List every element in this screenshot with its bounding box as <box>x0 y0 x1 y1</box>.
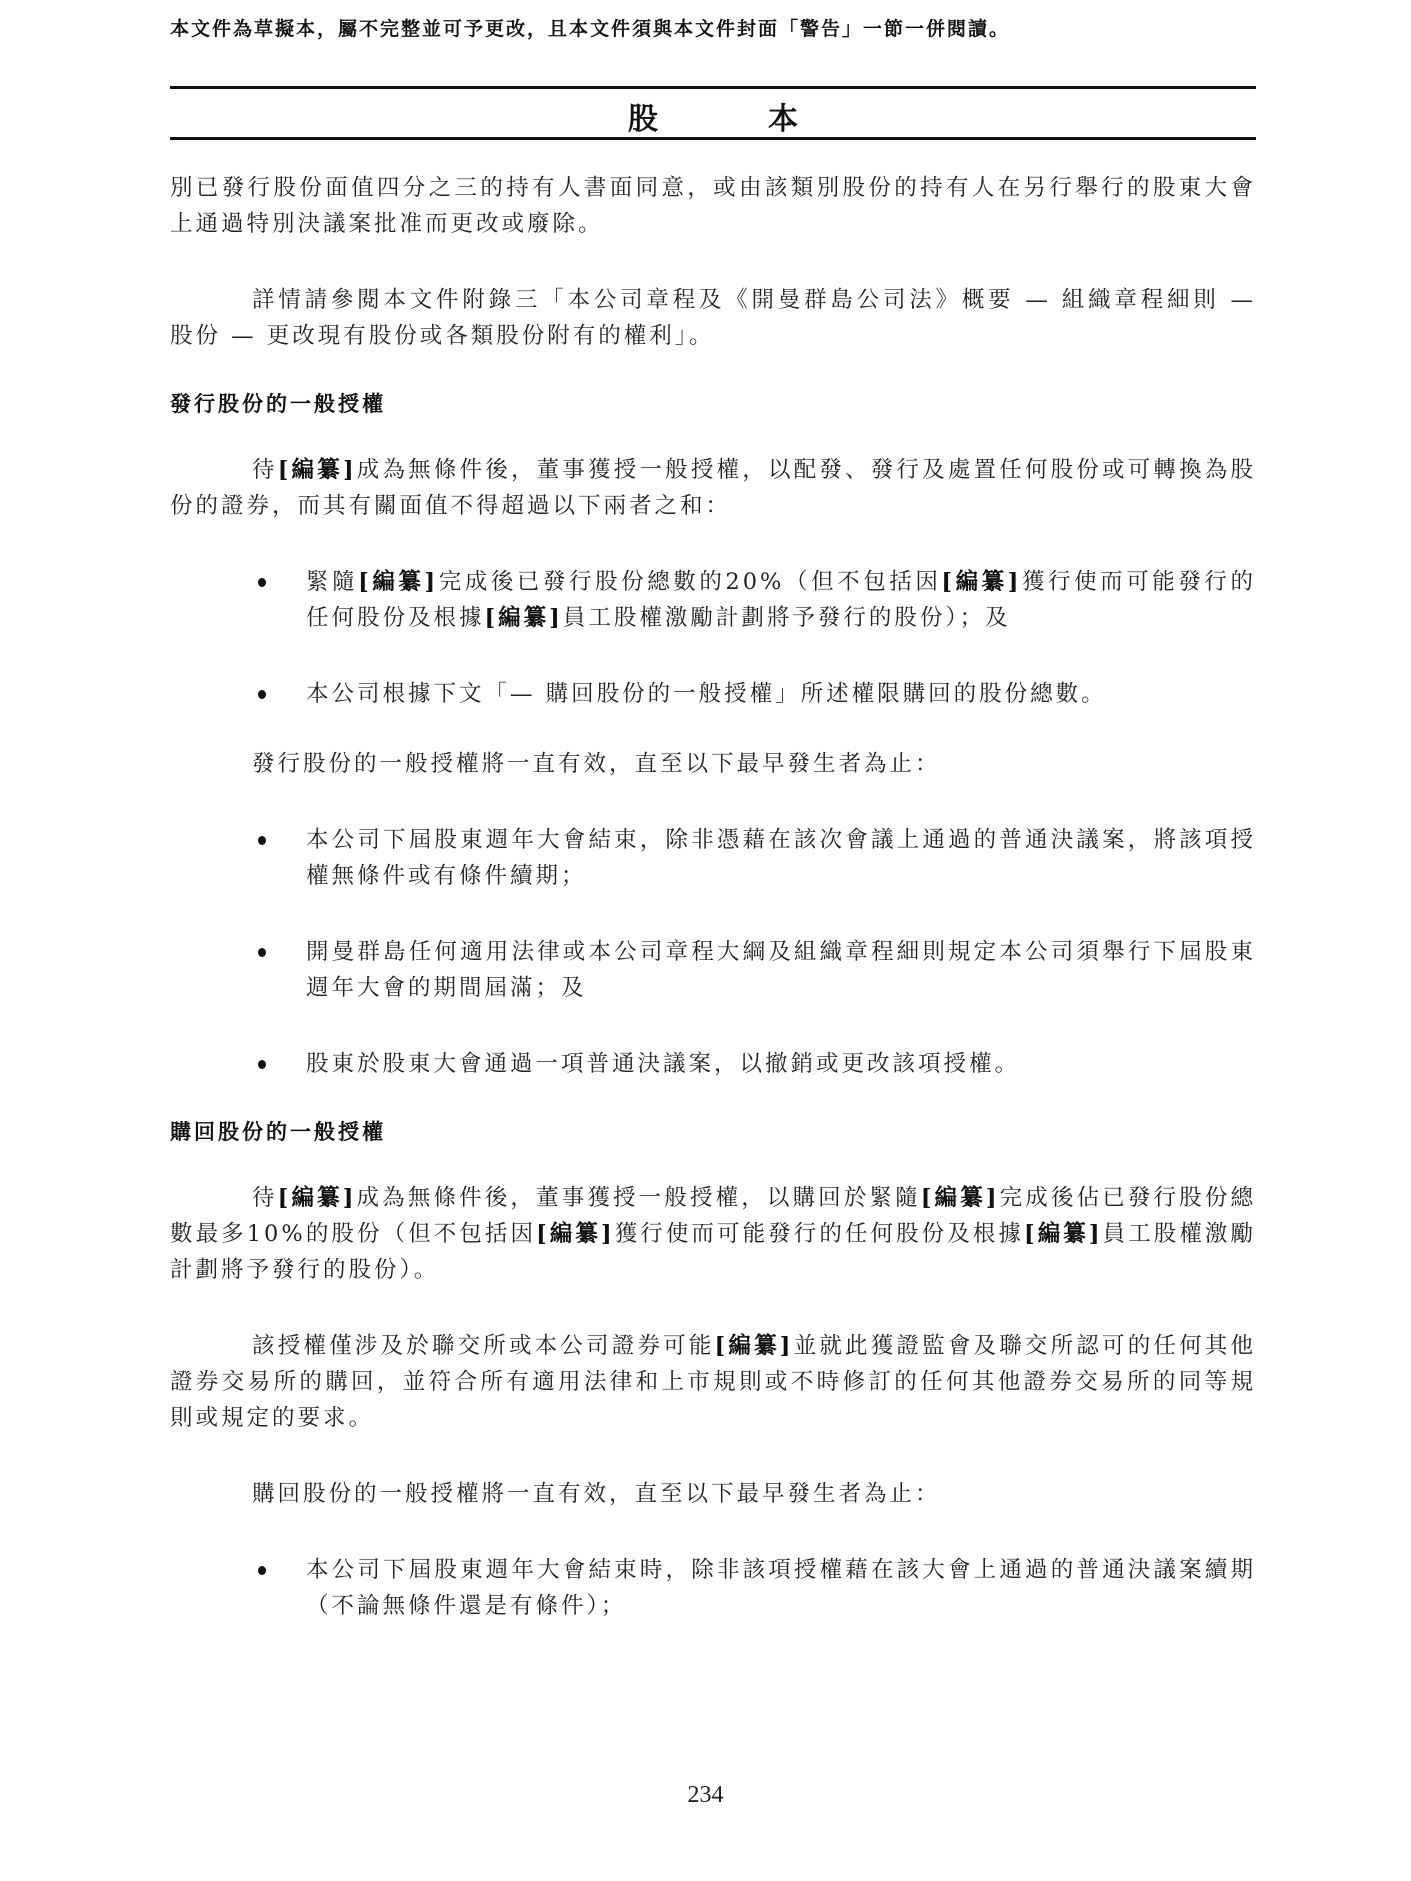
bullet-icon <box>258 690 266 699</box>
paragraph-repurchase-scope: 該授權僅涉及於聯交所或本公司證券可能[編纂]並就此獲證監會及聯交所認可的任何其他… <box>170 1328 1256 1436</box>
text-run: 成為無條件後，董事獲授一般授權，以購回於緊隨 <box>356 1185 920 1211</box>
heading-general-mandate-to-repurchase: 購回股份的一般授權 <box>170 1116 1256 1146</box>
list-item: 本公司下屆股東週年大會結束，除非憑藉在該次會議上通過的普通決議案，將該項授權無條… <box>170 822 1256 894</box>
paragraph-repurchase-mandate: 待[編纂]成為無條件後，董事獲授一般授權，以購回於緊隨[編纂]完成後佔已發行股份… <box>170 1180 1256 1288</box>
repurchase-validity-list: 本公司下屆股東週年大會結束時，除非該項授權藉在該大會上通過的普通決議案續期（不論… <box>170 1552 1256 1624</box>
text-run: 獲行使而可能發行的任何股份及根據 <box>615 1221 1024 1247</box>
page-number: 234 <box>0 1782 1411 1809</box>
title-rule-top <box>170 86 1256 89</box>
document-body: 別已發行股份面值四分之三的持有人書面同意，或由該類別股份的持有人在另行舉行的股東… <box>170 170 1256 1624</box>
text-run: 該授權僅涉及於聯交所或本公司證券可能 <box>252 1333 715 1359</box>
redacted-marker: [編纂] <box>278 1185 357 1211</box>
list-item-text: 開曼群島任何適用法律或本公司章程大綱及組織章程細則規定本公司須舉行下屆股東週年大… <box>306 939 1256 1001</box>
heading-general-mandate-to-issue: 發行股份的一般授權 <box>170 388 1256 418</box>
paragraph-issue-mandate-validity: 發行股份的一般授權將一直有效，直至以下最早發生者為止： <box>170 746 1256 782</box>
list-item-text: 緊隨[編纂]完成後已發行股份總數的20%（但不包括因[編纂]獲行使而可能發行的任… <box>306 569 1256 631</box>
title-rule-bottom <box>170 137 1256 140</box>
list-item-text: 股東於股東大會通過一項普通決議案，以撤銷或更改該項授權。 <box>306 1051 1020 1077</box>
issue-validity-list: 本公司下屆股東週年大會結束，除非憑藉在該次會議上通過的普通決議案，將該項授權無條… <box>170 822 1256 1082</box>
text-run: 緊隨 <box>306 569 358 595</box>
bullet-icon <box>258 836 266 845</box>
list-item: 本公司根據下文「— 購回股份的一般授權」所述權限購回的股份總數。 <box>170 676 1256 712</box>
list-item-text: 本公司下屆股東週年大會結束，除非憑藉在該次會議上通過的普通決議案，將該項授權無條… <box>306 827 1256 889</box>
list-item-text: 本公司下屆股東週年大會結束時，除非該項授權藉在該大會上通過的普通決議案續期（不論… <box>306 1557 1256 1619</box>
redacted-marker: [編纂] <box>278 457 357 483</box>
list-item: 緊隨[編纂]完成後已發行股份總數的20%（但不包括因[編纂]獲行使而可能發行的任… <box>170 564 1256 636</box>
paragraph-appendix-reference: 詳情請參閱本文件附錄三「本公司章程及《開曼群島公司法》概要 — 組織章程細則 —… <box>170 282 1256 354</box>
bullet-icon <box>258 1060 266 1069</box>
text-run: 詳情請參閱本文件附錄三「本公司章程及《開曼群島公司法》概要 — 組織章程細則 —… <box>170 287 1256 349</box>
text-run: 本公司根據下文「— 購回股份的一般授權」所述權限購回的股份總數。 <box>306 681 1107 707</box>
redacted-marker: [編纂] <box>921 1185 1000 1211</box>
document-page: 本文件為草擬本，屬不完整並可予更改，且本文件須與本文件封面「警告」一節一併閱讀。… <box>0 0 1411 1881</box>
paragraph-continued: 別已發行股份面值四分之三的持有人書面同意，或由該類別股份的持有人在另行舉行的股東… <box>170 170 1256 242</box>
draft-warning-header: 本文件為草擬本，屬不完整並可予更改，且本文件須與本文件封面「警告」一節一併閱讀。 <box>170 14 1260 41</box>
redacted-marker: [編纂] <box>1024 1221 1103 1247</box>
text-run: 員工股權激勵計劃將予發行的股份）；及 <box>563 605 1011 631</box>
text-run: 別已發行股份面值四分之三的持有人書面同意，或由該類別股份的持有人在另行舉行的股東… <box>170 175 1256 237</box>
bullet-icon <box>258 578 266 587</box>
redacted-marker: [編纂] <box>715 1333 794 1359</box>
bullet-icon <box>258 948 266 957</box>
list-item: 開曼群島任何適用法律或本公司章程大綱及組織章程細則規定本公司須舉行下屆股東週年大… <box>170 934 1256 1006</box>
bullet-icon <box>258 1566 266 1575</box>
issue-limits-list: 緊隨[編纂]完成後已發行股份總數的20%（但不包括因[編纂]獲行使而可能發行的任… <box>170 564 1256 712</box>
list-item-text: 本公司根據下文「— 購回股份的一般授權」所述權限購回的股份總數。 <box>306 681 1107 707</box>
redacted-marker: [編纂] <box>485 605 563 631</box>
redacted-marker: [編纂] <box>536 1221 615 1247</box>
redacted-marker: [編纂] <box>941 569 1021 595</box>
redacted-marker: [編纂] <box>358 569 438 595</box>
list-item: 本公司下屆股東週年大會結束時，除非該項授權藉在該大會上通過的普通決議案續期（不論… <box>170 1552 1256 1624</box>
section-title: 股 本 <box>170 94 1256 138</box>
paragraph-issue-mandate: 待[編纂]成為無條件後，董事獲授一般授權，以配發、發行及處置任何股份或可轉換為股… <box>170 452 1256 524</box>
paragraph-repurchase-mandate-validity: 購回股份的一般授權將一直有效，直至以下最早發生者為止： <box>170 1476 1256 1512</box>
list-item: 股東於股東大會通過一項普通決議案，以撤銷或更改該項授權。 <box>170 1046 1256 1082</box>
text-run: 待 <box>252 1185 278 1211</box>
text-run: 完成後已發行股份總數的20%（但不包括因 <box>438 569 941 595</box>
text-run: 待 <box>252 457 278 483</box>
